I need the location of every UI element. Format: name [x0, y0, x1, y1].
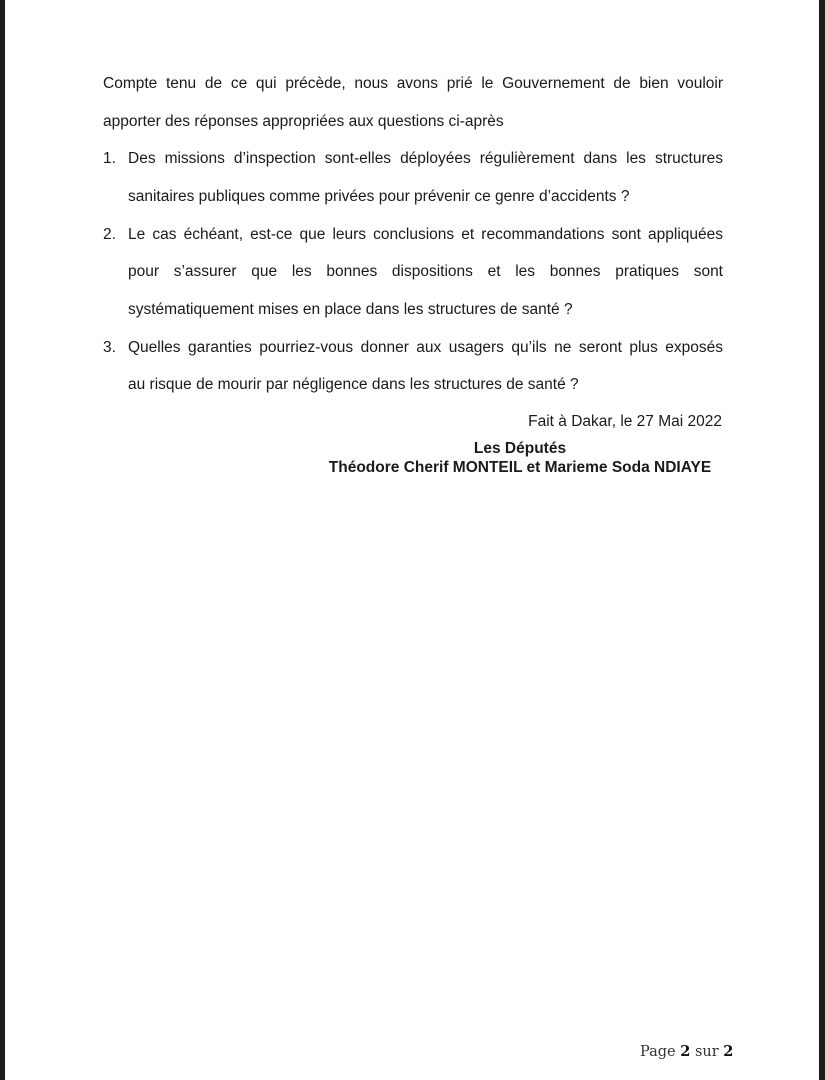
document-viewer: Compte tenu de ce qui précède, nous avon…: [0, 0, 825, 1080]
question-1-number: 1.: [103, 149, 116, 169]
signatories-title: Les Députés: [315, 439, 725, 458]
question-3-line-2: au risque de mourir par négligence dans …: [128, 375, 579, 395]
signatories-names: Théodore Cherif MONTEIL et Marieme Soda …: [315, 458, 725, 477]
footer-page-word: Page: [640, 1044, 676, 1060]
question-2-line-3: systématiquement mises en place dans les…: [128, 300, 573, 320]
question-3-line-1: Quelles garanties pourriez-vous donner a…: [128, 338, 723, 358]
place-date: Fait à Dakar, le 27 Mai 2022: [528, 412, 722, 432]
question-2-number: 2.: [103, 225, 116, 245]
intro-line-1: Compte tenu de ce qui précède, nous avon…: [103, 74, 723, 94]
document-page: Compte tenu de ce qui précède, nous avon…: [5, 0, 819, 1080]
intro-line-2: apporter des réponses appropriées aux qu…: [103, 112, 504, 132]
question-2-line-1: Le cas échéant, est-ce que leurs conclus…: [128, 225, 723, 245]
question-1-line-2: sanitaires publiques comme privées pour …: [128, 187, 629, 207]
footer-total-pages: 2: [723, 1043, 733, 1060]
question-2-line-2: pour s’assurer que les bonnes dispositio…: [128, 262, 723, 282]
page-footer: Page 2 sur 2: [640, 1043, 733, 1060]
footer-current-page: 2: [680, 1043, 690, 1060]
footer-of-word: sur: [695, 1044, 719, 1060]
question-3-number: 3.: [103, 338, 116, 358]
question-1-line-1: Des missions d’inspection sont-elles dép…: [128, 149, 723, 169]
